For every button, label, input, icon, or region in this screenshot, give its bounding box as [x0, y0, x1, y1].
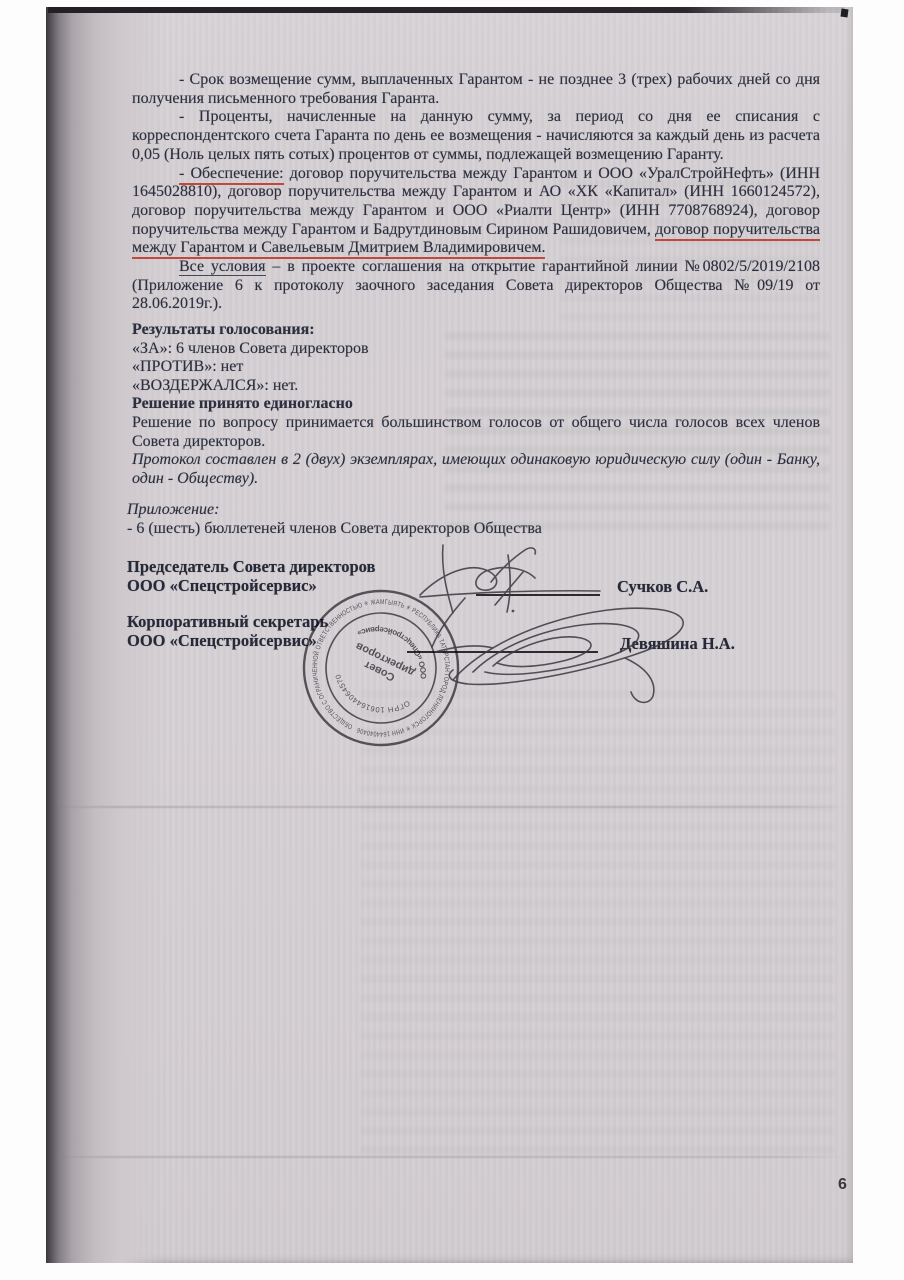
document-body: - Срок возмещение сумм, выплаченных Гара…	[132, 71, 820, 314]
signature1-stroke	[443, 545, 453, 613]
paragraph-reimbursement-term: - Срок возмещение сумм, выплаченных Гара…	[132, 71, 820, 108]
signature1-stroke	[432, 598, 465, 647]
scan-top-edge-shadow	[48, 7, 845, 13]
voting-results: Результаты голосования: «ЗА»: 6 членов С…	[132, 321, 820, 488]
decision-line: Решение принято единогласно	[132, 395, 820, 414]
signature2-stroke	[493, 637, 591, 667]
paragraph-all-terms: Все условия – в проекте соглашения на от…	[132, 258, 820, 314]
signature2-stroke	[435, 646, 493, 652]
voting-title: Результаты голосования:	[132, 321, 820, 340]
paper-crease	[50, 806, 848, 808]
signature1-stroke	[491, 548, 535, 582]
signature2-stroke	[625, 658, 654, 702]
voting-abstained: «ВОЗДЕРЖАЛСЯ»: нет.	[132, 377, 820, 396]
voting-for: «ЗА»: 6 членов Совета директоров	[132, 340, 820, 359]
bleed-through-texture	[360, 690, 835, 1160]
scan-corner-speck	[840, 9, 848, 18]
underlined-all-terms: Все условия	[179, 258, 266, 276]
scanned-protocol-page: { "page": { "number": "6" }, "body": { "…	[0, 0, 904, 1280]
paragraph-security: - Обеспечение: договор поручительства ме…	[132, 165, 820, 259]
red-underlined-lead: - Обеспечение:	[179, 165, 284, 185]
paper-crease	[50, 1156, 848, 1158]
page-number: 6	[838, 1176, 847, 1194]
copies-note: Протокол составлен в 2 (двух) экземпляра…	[132, 451, 820, 488]
signature2-stroke	[473, 624, 639, 675]
paragraph-interest: - Проценты, начисленные на данную сумму,…	[132, 108, 820, 164]
role-line: Председатель Совета директоров	[127, 557, 375, 576]
signature-strokes	[395, 500, 745, 725]
handwritten-signatures	[395, 500, 745, 725]
voting-against: «ПРОТИВ»: нет	[132, 358, 820, 377]
signature1-dot	[512, 610, 515, 613]
decision-rule: Решение по вопросу принимается большинст…	[132, 414, 820, 451]
